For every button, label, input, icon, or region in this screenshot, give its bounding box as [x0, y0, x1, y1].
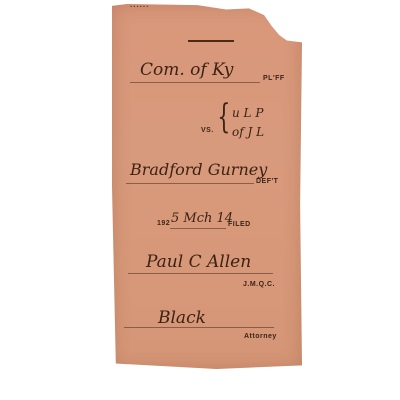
top-print-fragment: ...... — [130, 0, 149, 9]
judge-rule — [128, 273, 273, 274]
plaintiff-handwritten: Com. of Ky — [140, 60, 233, 80]
defendant-label: DEF'T — [256, 178, 278, 185]
plaintiff-rule — [130, 82, 260, 83]
defendant-handwritten: Bradford Gurney — [130, 160, 267, 179]
filed-label: FILED — [228, 221, 251, 228]
filed-year-prefix: 192 — [157, 220, 170, 227]
header-dash — [188, 40, 234, 42]
attorney-rule — [124, 327, 274, 328]
attorney-signature: Black — [158, 308, 206, 328]
versus-line-2: of J L — [232, 125, 264, 139]
versus-label: VS. — [201, 127, 214, 134]
plaintiff-label: PL'FF — [263, 75, 285, 82]
filed-handwritten: 5 Mch 14 — [171, 211, 233, 226]
judge-label: J.M.Q.C. — [243, 281, 275, 288]
filed-rule — [170, 228, 226, 229]
brace-icon: { — [217, 97, 230, 137]
docket-cover — [112, 4, 302, 369]
judge-signature: Paul C Allen — [146, 252, 251, 272]
attorney-label: Attorney — [244, 333, 277, 340]
versus-line-1: u L P — [232, 106, 263, 120]
defendant-rule — [126, 183, 254, 184]
